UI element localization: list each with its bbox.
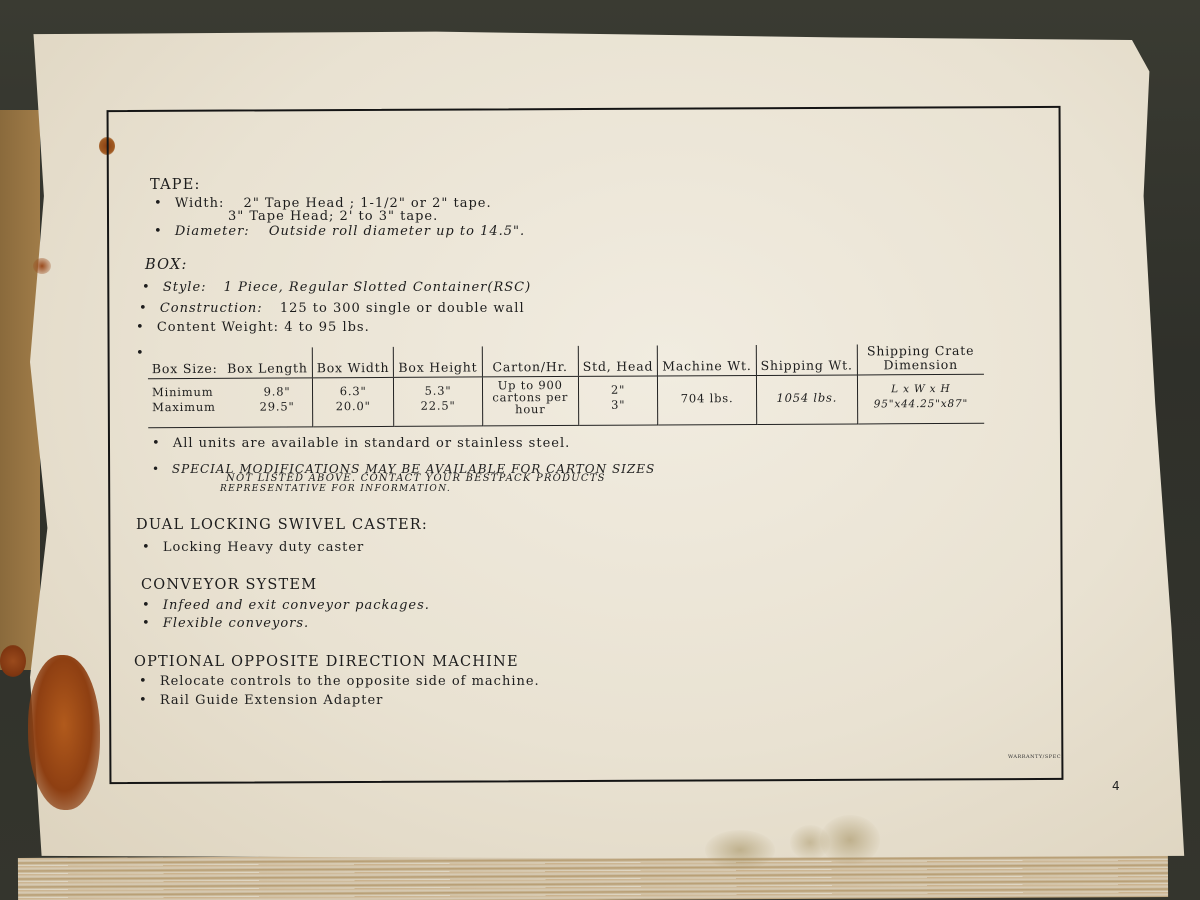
col-header-std-head: Std, Head — [578, 346, 658, 377]
col-header-shipping-wt: Shipping Wt. — [756, 344, 857, 375]
table-header-row: Box Size: Box Length Box Width Box Heigh… — [148, 344, 984, 379]
cell-box-height: 5.3" 22.5" — [394, 377, 482, 426]
opposite-item: Rail Guide Extension Adapter — [139, 693, 383, 708]
opposite-item: Relocate controls to the opposite side o… — [139, 674, 540, 689]
col-header-crate-dimension: Shipping Crate Dimension — [857, 344, 984, 375]
section-heading-opposite-direction: OPTIONAL OPPOSITE DIRECTION MACHINE — [134, 654, 519, 670]
table-row: Minimum Maximum9.8" 29.5" 6.3" 20.0" 5.3… — [148, 374, 984, 427]
conveyor-item: Flexible conveyors. — [142, 616, 309, 631]
section-heading-box: BOX: — [145, 257, 188, 273]
cell-crate-dimension: L x W x H 95"x44.25"x87" — [857, 374, 984, 424]
cell-std-head: 2" 3" — [578, 376, 658, 425]
col-header-box-height: Box Height — [394, 346, 482, 377]
section-heading-caster: DUAL LOCKING SWIVEL CASTER: — [136, 517, 428, 533]
note-special-line3: REPRESENTATIVE FOR INFORMATION. — [220, 484, 451, 494]
note-steel: All units are available in standard or s… — [152, 436, 570, 451]
tape-width-line2: 3" Tape Head; 2' to 3" tape. — [228, 209, 438, 224]
cell-box-width: 6.3" 20.0" — [312, 377, 394, 426]
box-construction-label: Construction: — [160, 301, 263, 316]
section-heading-tape: TAPE: — [150, 177, 201, 193]
box-content-weight-item: Content Weight: 4 to 95 lbs. — [136, 320, 370, 335]
page-number: 4 — [1112, 779, 1120, 793]
box-style-value: 1 Piece, Regular Slotted Container(RSC) — [224, 280, 532, 295]
conveyor-item: Infeed and exit conveyor packages. — [142, 598, 430, 613]
tape-width-label: Width: — [175, 196, 225, 211]
section-heading-conveyor: CONVEYOR SYSTEM — [141, 577, 317, 593]
tape-diameter-item: Diameter: Outside roll diameter up to 14… — [154, 224, 525, 239]
document-content: TAPE: Width: 2" Tape Head ; 1-1/2" or 2"… — [0, 0, 1200, 900]
col-header-machine-wt: Machine Wt. — [658, 345, 757, 376]
col-header-box-size: Box Size: Box Length — [148, 347, 312, 378]
box-content-weight: Content Weight: 4 to 95 lbs. — [157, 320, 370, 335]
box-size-spec-table: Box Size: Box Length Box Width Box Heigh… — [148, 344, 984, 428]
box-style-item: Style: 1 Piece, Regular Slotted Containe… — [142, 280, 531, 295]
cell-shipping-weight: 1054 lbs. — [756, 375, 857, 425]
cell-cartons-per-hour: Up to 900 cartons per hour — [482, 376, 579, 426]
caster-item: Locking Heavy duty caster — [142, 540, 364, 555]
tape-diameter-value: Outside roll diameter up to 14.5". — [269, 224, 525, 239]
box-style-label: Style: — [163, 280, 207, 295]
cell-size-labels: Minimum Maximum9.8" 29.5" — [148, 378, 313, 428]
table-bullet: • — [136, 346, 145, 361]
col-header-carton-hr: Carton/Hr. — [482, 346, 578, 377]
box-construction-item: Construction: 125 to 300 single or doubl… — [139, 301, 525, 316]
col-header-box-width: Box Width — [312, 347, 394, 378]
cell-machine-weight: 704 lbs. — [658, 376, 757, 426]
box-construction-value: 125 to 300 single or double wall — [280, 301, 525, 316]
note-special-line2: NOT LISTED ABOVE. CONTACT YOUR BESTPACK … — [226, 473, 606, 484]
footer-code: WARRANTY/SPEC — [1008, 754, 1061, 760]
tape-diameter-label: Diameter: — [175, 224, 250, 239]
